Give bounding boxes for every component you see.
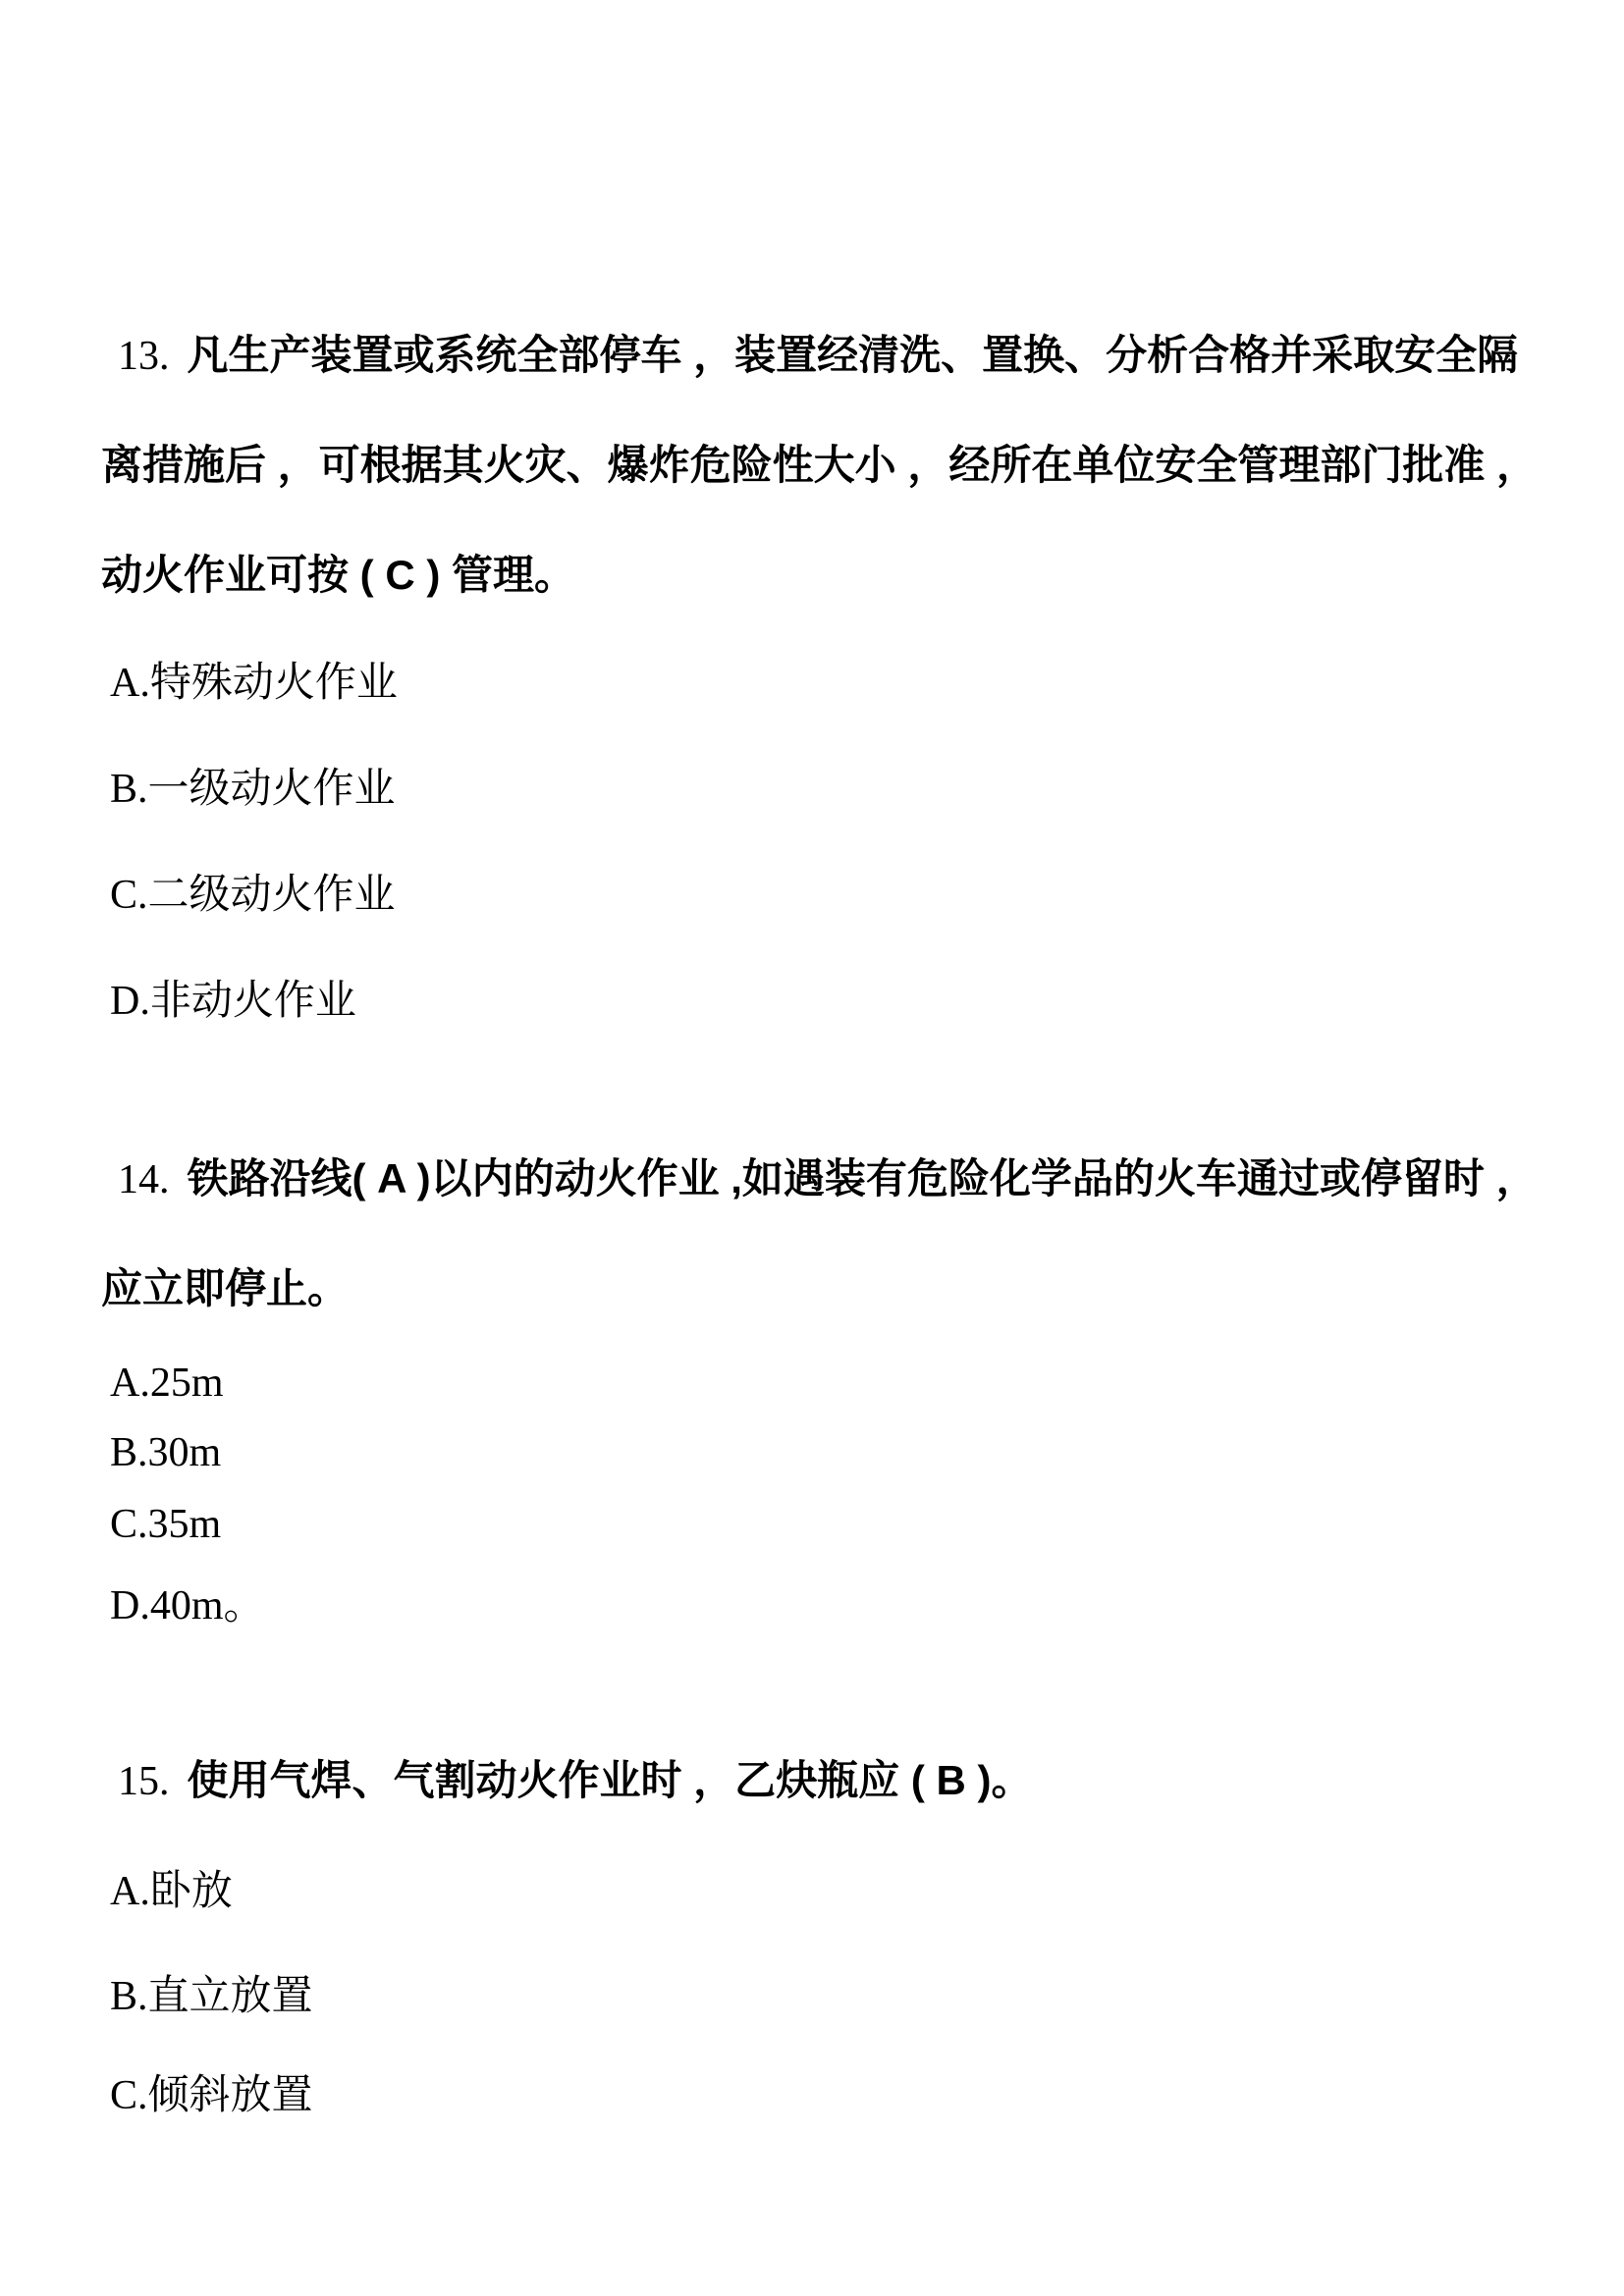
- question-14-stem-text-1: 铁路沿线( A )以内的动火作业 ,如遇装有危险化学品的火车通过或停留时 ，: [188, 1155, 1538, 1201]
- question-13-line-3: 动火作业可按 ( C ) 管理。: [101, 555, 575, 597]
- question-14-option-d: D.40m。: [110, 1585, 265, 1627]
- question-13-stem-text-3: 动火作业可按 ( C ) 管理。: [101, 552, 575, 598]
- question-14-number: 14.: [118, 1157, 170, 1202]
- question-15-option-b: B.直立放置: [110, 1976, 313, 2017]
- question-15-line-1: 15.使用气焊、气割动火作业时 ，乙炔瓶应 ( B )。: [118, 1760, 1032, 1802]
- question-14-option-b: B.30m: [110, 1432, 221, 1473]
- question-13-option-c: C.二级动火作业: [110, 875, 396, 916]
- question-13-number: 13.: [118, 334, 170, 379]
- question-15-option-c: C.倾斜放置: [110, 2075, 313, 2116]
- question-15-stem-text-1: 使用气焊、气割动火作业时 ，乙炔瓶应 ( B )。: [188, 1757, 1033, 1803]
- document-page: 13.凡生产装置或系统全部停车 ，装置经清洗、置换、分析合格并采取安全隔 离措施…: [0, 0, 1624, 2296]
- question-13-option-b: B.一级动火作业: [110, 769, 396, 810]
- question-14-stem-text-2: 应立即停止。: [101, 1265, 349, 1311]
- question-13-stem-text-1: 凡生产装置或系统全部停车 ，装置经清洗、置换、分析合格并采取安全隔: [188, 332, 1519, 378]
- question-15-number: 15.: [118, 1759, 170, 1804]
- question-13-line-2: 离措施后 ，可根据其火灾、爆炸危险性大小 ，经所在单位安全管理部门批准 ，: [101, 445, 1538, 487]
- question-13-line-1: 13.凡生产装置或系统全部停车 ，装置经清洗、置换、分析合格并采取安全隔: [118, 335, 1518, 377]
- question-13-option-a: A.特殊动火作业: [110, 663, 398, 704]
- question-14-line-2: 应立即停止。: [101, 1268, 349, 1310]
- question-14-line-1: 14.铁路沿线( A )以内的动火作业 ,如遇装有危险化学品的火车通过或停留时 …: [118, 1158, 1538, 1201]
- question-14-option-c: C.35m: [110, 1504, 221, 1545]
- question-14-option-a: A.25m: [110, 1362, 224, 1404]
- question-13-option-d: D.非动火作业: [110, 981, 356, 1022]
- question-15-option-a: A.卧放: [110, 1871, 233, 1912]
- question-13-stem-text-2: 离措施后 ，可根据其火灾、爆炸危险性大小 ，经所在单位安全管理部门批准 ，: [101, 442, 1538, 488]
